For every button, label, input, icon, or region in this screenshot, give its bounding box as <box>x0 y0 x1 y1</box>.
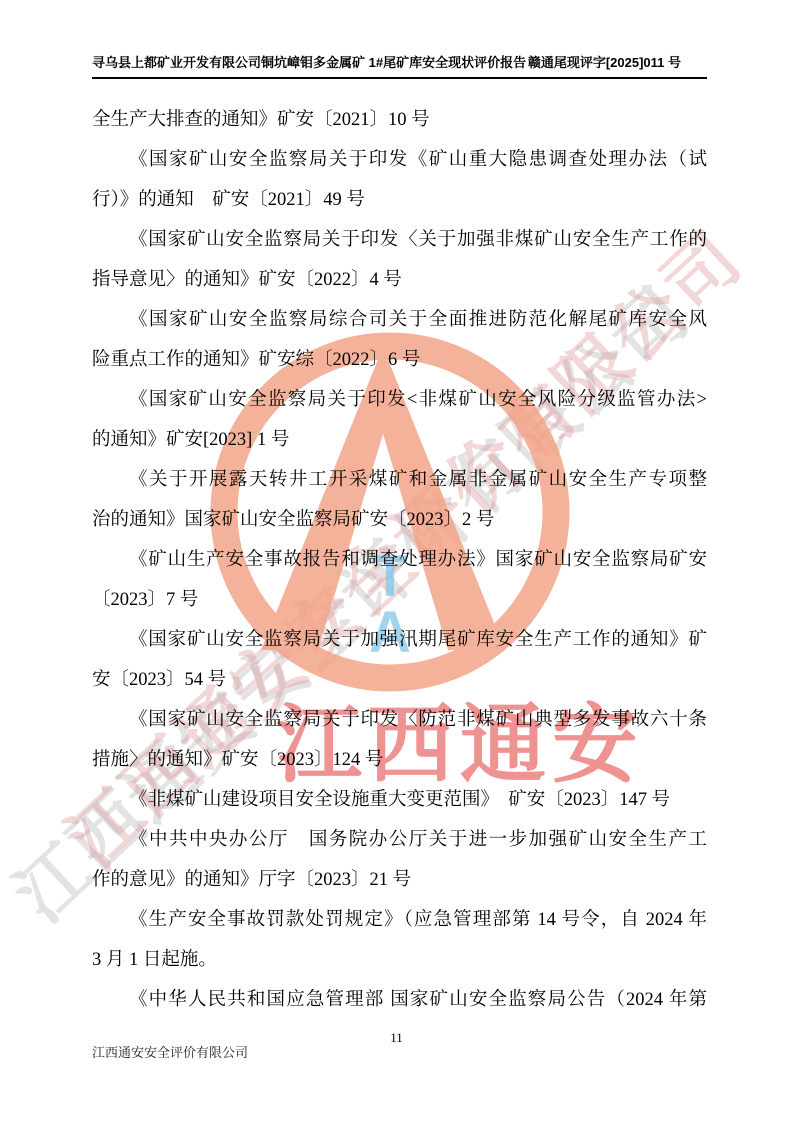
body-line: 险重点工作的通知》矿安综〔2022〕6 号 <box>92 340 707 380</box>
body-line: 3 月 1 日起施。 <box>92 940 707 980</box>
body-line: 《中共中央办公厅 国务院办公厅关于进一步加强矿山安全生产工 <box>92 820 707 860</box>
body-line: 治的通知》国家矿山安全监察局矿安〔2023〕2 号 <box>92 500 707 540</box>
body-line: 指导意见〉的通知》矿安〔2022〕4 号 <box>92 260 707 300</box>
body-line: 措施〉的通知》矿安〔2023〕124 号 <box>92 740 707 780</box>
header-rule <box>92 77 707 79</box>
body-line: 全生产大排查的通知》矿安〔2021〕10 号 <box>92 100 707 140</box>
body-line: 《中华人民共和国应急管理部 国家矿山安全监察局公告（2024 年第 <box>92 980 707 1020</box>
body-line: 作的意见》的通知》厅字〔2023〕21 号 <box>92 860 707 900</box>
body-line: 《矿山生产安全事故报告和调查处理办法》国家矿山安全监察局矿安 <box>92 540 707 580</box>
document-page: 江西通安安全评价有限公司 江西通安安全评价有限公司 T A 江西通安 寻乌县上都… <box>0 0 793 1122</box>
body-line: 《国家矿山安全监察局关于印发〈防范非煤矿山典型多发事故六十条 <box>92 700 707 740</box>
body-line: 《国家矿山安全监察局综合司关于全面推进防范化解尾矿库安全风 <box>92 300 707 340</box>
page-header: 寻乌县上都矿业开发有限公司铜坑嶂钼多金属矿 1#尾矿库安全现状评价报告 赣通尾现… <box>92 54 707 72</box>
body-line: 的通知》矿安[2023] 1 号 <box>92 420 707 460</box>
body-line: 《国家矿山安全监察局关于加强汛期尾矿库安全生产工作的通知》矿 <box>92 620 707 660</box>
body-line: 《关于开展露天转井工开采煤矿和金属非金属矿山安全生产专项整 <box>92 460 707 500</box>
body-line: 《国家矿山安全监察局关于印发〈关于加强非煤矿山安全生产工作的 <box>92 220 707 260</box>
body-line: 安〔2023〕54 号 <box>92 660 707 700</box>
header-report-title: 寻乌县上都矿业开发有限公司铜坑嶂钼多金属矿 1#尾矿库安全现状评价报告 <box>92 54 526 72</box>
body-line: 《非煤矿山建设项目安全设施重大变更范围》 矿安〔2023〕147 号 <box>92 780 707 820</box>
body-line: 《生产安全事故罚款处罚规定》（应急管理部第 14 号令，自 2024 年 <box>92 900 707 940</box>
body-line: 《国家矿山安全监察局关于印发《矿山重大隐患调查处理办法（试 <box>92 140 707 180</box>
body-line: 《国家矿山安全监察局关于印发<非煤矿山安全风险分级监管办法> <box>92 380 707 420</box>
body-line: 〔2023〕7 号 <box>92 580 707 620</box>
body-text: 全生产大排查的通知》矿安〔2021〕10 号《国家矿山安全监察局关于印发《矿山重… <box>92 100 707 1020</box>
header-doc-number: 赣通尾现评字[2025]011 号 <box>528 54 681 72</box>
body-line: 行）》的通知 矿安〔2021〕49 号 <box>92 180 707 220</box>
footer-company: 江西通安安全评价有限公司 <box>92 1042 248 1061</box>
